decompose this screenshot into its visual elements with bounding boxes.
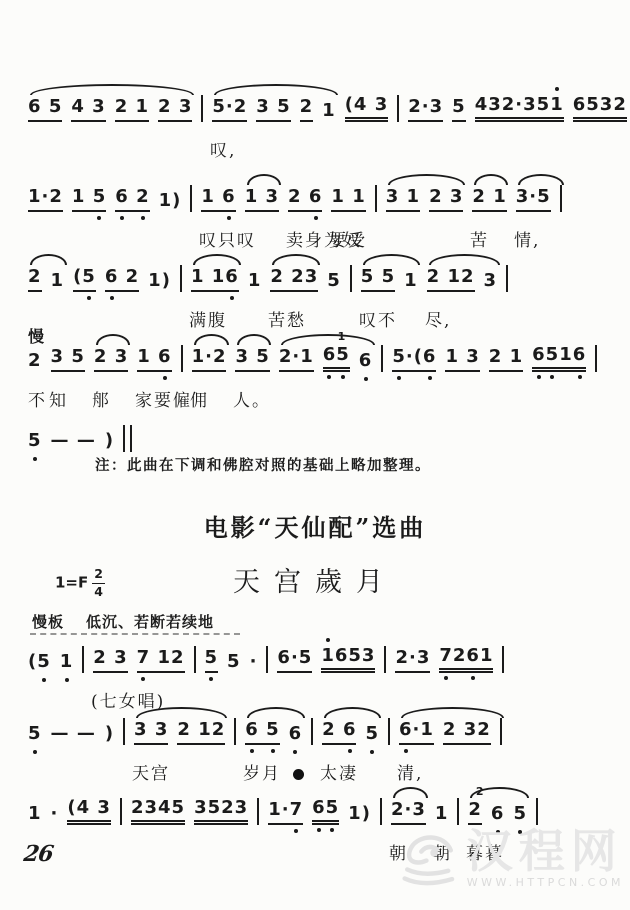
note-token: (4 3 (67, 798, 111, 825)
note-char: 1 (245, 187, 259, 208)
note-token: (5 (28, 652, 51, 673)
note-token: 6516 (532, 345, 586, 372)
note-char (42, 97, 49, 118)
note-char: 6 (28, 97, 42, 118)
note-char: 7 (439, 646, 453, 667)
note-char: 3 (235, 798, 249, 819)
note-char: ( (67, 798, 76, 819)
barline (375, 185, 377, 212)
note-char: 2 (115, 97, 129, 118)
octave-dot-low (33, 457, 37, 461)
octave-dot-low (141, 677, 145, 681)
barline (234, 718, 236, 745)
footnote: 注：此曲在下调和佛腔对照的基础上略加整理。 (95, 454, 431, 475)
note-token: (5 (73, 267, 96, 292)
note-char: 2 (300, 97, 314, 118)
barline (266, 646, 268, 673)
music-system: 6 54 32 12 35·23 521(4 32·35432·3516532叹… (28, 81, 613, 171)
note-char: 7 (137, 648, 151, 669)
note-token: 2 1 (489, 347, 523, 372)
note-char (399, 187, 406, 208)
music-system: 1·21 56 21)1 61 32 61 13 12 32 13·5叹只叹卖身… (28, 171, 613, 251)
note-char: 2 (279, 347, 293, 368)
note-token: 651 (323, 345, 350, 372)
notation-row: 1·(4 3234535231·7651)2·312265 (28, 798, 538, 825)
note-token: 5 (205, 648, 219, 673)
lyric: 情, (514, 226, 540, 251)
note-char: 4 (77, 798, 91, 819)
octave-dot-low (110, 296, 114, 300)
note-char: 2 (28, 351, 42, 372)
lyric: 苦 (470, 226, 489, 251)
meter-numerator: 2 (92, 568, 105, 584)
note-char: 6 (573, 345, 587, 366)
note-char: 2 (177, 720, 191, 741)
slur (388, 174, 465, 185)
note-token: 1·7 (268, 800, 303, 825)
note-token: ) (105, 724, 114, 745)
note-char: 6 (277, 648, 291, 669)
note-char: 1 (321, 646, 335, 667)
note-char (374, 267, 381, 288)
slur (136, 707, 227, 718)
notation-row: 1·21 56 21)1 61 32 61 13 12 32 13·5 (28, 185, 562, 212)
note-char: ) (105, 431, 114, 452)
note-char: 2 (489, 347, 503, 368)
note-char: 2 (391, 800, 405, 821)
note-char: 1 (212, 267, 226, 288)
note-char: 2 (49, 187, 63, 208)
score-song1-continuation: 6 54 32 12 35·23 521(4 32·35432·3516532叹… (28, 81, 613, 461)
note-token: 1 5 (72, 187, 106, 212)
slur (193, 254, 241, 265)
note-char (502, 347, 509, 368)
octave-dot-low (97, 216, 101, 220)
note-token: 3523 (194, 798, 248, 825)
note-char (443, 187, 450, 208)
footnote-text: 注：此曲在下调和佛腔对照的基础上略加整理。 (95, 457, 431, 474)
note-char: 1 (72, 187, 86, 208)
note-char: 3 (412, 800, 426, 821)
note-char: 5 (28, 724, 42, 745)
note-token: 1 (322, 101, 336, 122)
note-char: 6 (466, 646, 480, 667)
note-token: 2 32 (443, 720, 491, 745)
note-char: · (413, 720, 421, 741)
note-char: 3 (92, 97, 106, 118)
note-char: 1 (60, 652, 74, 673)
note-char: 1 (268, 800, 282, 821)
note-token: 1) (159, 191, 182, 212)
octave-dot-low (348, 749, 352, 753)
note-char: 6 (532, 345, 546, 366)
note-char: · (529, 187, 537, 208)
octave-dot-low (293, 750, 297, 754)
watermark: 汉程网 WWW.HTTPCN.COM (397, 826, 624, 890)
octave-dot-low (550, 375, 554, 379)
note-char: 1 (348, 804, 362, 825)
note-token: 3 5 (51, 347, 85, 372)
note-char: 6 (115, 187, 129, 208)
note-char: 2 (291, 267, 305, 288)
lyric: 天宫 (132, 759, 170, 784)
page-number: 26 (22, 841, 54, 867)
note-token: (4 3 (345, 95, 389, 122)
note-char: 6 (491, 804, 505, 825)
note-token: 1) (348, 804, 371, 825)
watermark-logo-icon (397, 826, 461, 890)
note-char: 5 (205, 648, 219, 669)
note-char: · (205, 347, 213, 368)
note-token: 2 12 (427, 267, 475, 292)
lyric: 尽, (425, 306, 451, 331)
notation-row: 5— —) (28, 425, 132, 452)
watermark-site-url: WWW.HTTPCN.COM (467, 876, 624, 889)
lyric: 人。 (233, 386, 271, 411)
lyric: 佣 (190, 386, 209, 411)
note-char (148, 720, 155, 741)
barline (201, 95, 203, 122)
note-char: 7 (290, 800, 304, 821)
note-char: 4 (354, 95, 368, 116)
octave-dot-high (555, 87, 559, 91)
note-token: 1 6 (137, 347, 171, 372)
note-token: 6·5 (277, 648, 312, 673)
note-token: 5 (28, 724, 42, 745)
barline (502, 646, 504, 673)
note-char: 3 (523, 95, 537, 116)
barline (180, 265, 182, 292)
note-char (284, 267, 291, 288)
barline (380, 798, 382, 825)
note-char: 2 (427, 267, 441, 288)
note-char: 3 (115, 347, 129, 368)
octave-dot-low (227, 216, 231, 220)
octave-dot-low (404, 749, 408, 753)
note-char: · (409, 648, 417, 669)
note-char: 2 (477, 720, 491, 741)
note-token: · (250, 652, 258, 673)
note-char: 1 (331, 187, 345, 208)
barline (181, 345, 183, 372)
note-token: 1 (435, 804, 449, 825)
note-token: 6 5 (28, 97, 62, 122)
note-char: 1 (480, 646, 494, 667)
lyric: 太凄 (320, 759, 358, 784)
barline (257, 798, 259, 825)
note-token: 6 (359, 351, 373, 372)
note-char: 3 (375, 95, 389, 116)
note-char: 2 (234, 97, 248, 118)
note-char: ( (28, 652, 37, 673)
lyric: 满腹 (189, 306, 227, 331)
note-token: 2 3 (429, 187, 463, 212)
barline (350, 265, 352, 292)
octave-dot-low (537, 375, 541, 379)
note-token: 3·5 (516, 187, 551, 212)
note-token: 432·351 (475, 95, 564, 122)
note-char: 6 (359, 351, 373, 372)
note-char (336, 720, 343, 741)
octave-dot-low (209, 677, 213, 681)
note-char: 4 (475, 95, 489, 116)
note-char: 1 (28, 187, 42, 208)
note-char (345, 187, 352, 208)
note-token: 4 3 (71, 97, 105, 122)
note-token: 5 5 (361, 267, 395, 292)
note-token: 2·3 (408, 97, 443, 122)
note-char: 2 (270, 267, 284, 288)
note-char: 5 (28, 431, 42, 452)
lyric: 叹不 (359, 306, 397, 331)
watermark-site-name: 汉程网 (467, 828, 624, 874)
note-char: ) (172, 191, 181, 212)
note-token: 5 (452, 97, 466, 122)
note-char: 5 (327, 271, 341, 292)
note-char (191, 720, 198, 741)
octave-dot-low (428, 376, 432, 380)
note-char: 2 (221, 798, 235, 819)
note-char: — (77, 431, 96, 452)
octave-dot-low (397, 376, 401, 380)
note-char: 2 (131, 798, 145, 819)
notation-row: 5— —)3 32 126 562 656·12 32 (28, 718, 502, 745)
note-token: 1 (248, 271, 262, 292)
tempo-marking: 慢板低沉、若断若续地 (32, 611, 214, 632)
watermark-text: 汉程网 WWW.HTTPCN.COM (467, 828, 624, 889)
slur (247, 707, 305, 718)
note-char (459, 347, 466, 368)
lyric: 郍 (92, 386, 111, 411)
note-char: 5 (212, 97, 226, 118)
octave-dot-low (341, 375, 345, 379)
note-char: 5 (452, 97, 466, 118)
note-char: 1 (352, 187, 366, 208)
note-char (456, 720, 463, 741)
note-token: 2·3 (391, 800, 426, 825)
note-token: 1 3 (245, 187, 279, 212)
note-token: 1 3 (445, 347, 479, 372)
note-char: 5 (208, 798, 222, 819)
note-char: 2 (322, 720, 336, 741)
note-char: 6 (399, 720, 413, 741)
note-char: · (404, 800, 412, 821)
note-char: 5 (71, 347, 85, 368)
octave-dot-low (120, 216, 124, 220)
note-char (270, 97, 277, 118)
note-token: — — (51, 724, 96, 745)
note-char: — (77, 724, 96, 745)
note-char: 2 (502, 95, 516, 116)
note-char: 2 (136, 187, 150, 208)
note-char: 6 (312, 798, 326, 819)
note-token: 2 1 (472, 187, 506, 212)
note-char (70, 724, 77, 745)
note-token: 2·3 (395, 648, 430, 673)
note-char: 2 (93, 648, 107, 669)
note-char: 1 (322, 101, 336, 122)
note-char (486, 187, 493, 208)
note-token: 2 12 (177, 720, 225, 745)
barline (194, 646, 196, 673)
note-char: 1 (420, 720, 434, 741)
note-token: 5 (28, 431, 42, 452)
note-char (150, 648, 157, 669)
note-char: · (282, 800, 290, 821)
note-char: 3 (484, 271, 498, 292)
note-char (107, 347, 114, 368)
note-token: 6 5 (245, 720, 279, 745)
note-char: 3 (155, 720, 169, 741)
note-char: 5 (227, 652, 241, 673)
note-token: 2 23 (270, 267, 318, 292)
note-char (249, 347, 256, 368)
note-token: 1 (60, 652, 74, 673)
octave-dot-low (327, 375, 331, 379)
note-char: 3 (430, 97, 444, 118)
barline (388, 718, 390, 745)
note-char: 5 (361, 267, 375, 288)
note-token: 1 (28, 804, 42, 825)
slur (429, 254, 500, 265)
note-char: 1 (407, 187, 421, 208)
note-char: 1 (148, 271, 162, 292)
note-char: 5 (93, 187, 107, 208)
note-char (128, 97, 135, 118)
slur (474, 174, 508, 185)
lyric: 家要僱 (135, 386, 192, 411)
note-token: 3 1 (386, 187, 420, 212)
note-char: ) (162, 271, 171, 292)
slur (393, 787, 428, 798)
note-char: 1 (550, 95, 564, 116)
note-char: 3 (466, 347, 480, 368)
note-char: 3 (114, 648, 128, 669)
note-char: 5 (348, 646, 362, 667)
note-char: 1 (201, 187, 215, 208)
note-char: 5 (326, 798, 340, 819)
slur (30, 84, 194, 95)
note-char: 3 (134, 720, 148, 741)
note-char: 1 (28, 804, 42, 825)
note-char: 6 (323, 345, 337, 366)
ink-blot (293, 769, 304, 780)
octave-dot-low (294, 829, 298, 833)
note-char: 3 (235, 347, 249, 368)
note-token: 2 3 (94, 347, 128, 372)
barline (506, 265, 508, 292)
octave-dot-low (578, 375, 582, 379)
note-char: 6 (335, 646, 349, 667)
octave-dot-low (444, 676, 448, 680)
note-char (204, 267, 211, 288)
note-char: 3 (417, 648, 431, 669)
octave-dot-low (163, 376, 167, 380)
note-token: 1 (404, 271, 418, 292)
note-char: 1 (447, 267, 461, 288)
octave-dot-low (330, 828, 334, 832)
slur (363, 254, 420, 265)
note-char (118, 267, 125, 288)
note-char: · (42, 187, 50, 208)
note-token: 5 (327, 271, 341, 292)
note-token: 1) (148, 271, 171, 292)
octave-dot-low (230, 296, 234, 300)
barline (384, 646, 386, 673)
note-char (64, 347, 71, 368)
note-char: 5 (382, 267, 396, 288)
note-token: 2·1 (279, 347, 314, 372)
octave-dot-low (314, 216, 318, 220)
note-token: 2 6 (288, 187, 322, 212)
octave-dot-low (141, 216, 145, 220)
note-char: 1 (191, 267, 205, 288)
note-char: 1 (510, 347, 524, 368)
note-char: 1 (136, 97, 150, 118)
slur (281, 334, 375, 345)
note-char (302, 187, 309, 208)
note-char: 6 (222, 187, 236, 208)
note-char (85, 187, 92, 208)
note-char: 2 (158, 97, 172, 118)
note-char: 2 (126, 267, 140, 288)
note-token: 2 1 (115, 97, 149, 122)
note-char: · (406, 347, 414, 368)
note-char: 5 (277, 97, 291, 118)
note-char: 3 (194, 798, 208, 819)
note-token: 1·2 (28, 187, 63, 212)
note-char: 1 (51, 271, 65, 292)
note-char: 3 (488, 95, 502, 116)
slur (214, 84, 338, 95)
note-char (367, 95, 374, 116)
note-char: ( (414, 347, 423, 368)
final-barline (123, 425, 132, 452)
note-token: 5 (365, 724, 379, 745)
note-token: 5·(6 (392, 347, 436, 372)
notation-row: 6 54 32 12 35·23 521(4 32·35432·3516532 (28, 95, 630, 122)
note-char: — (51, 724, 70, 745)
note-token: 6 2 (105, 267, 139, 292)
note-char: 2 (613, 95, 627, 116)
note-token: · (51, 804, 59, 825)
note-char: · (250, 652, 258, 673)
slur (194, 334, 229, 345)
note-char: ) (105, 724, 114, 745)
note-char (259, 720, 266, 741)
note-char: 3 (386, 187, 400, 208)
expression-label: 低沉、若断若续地 (86, 613, 214, 631)
note-token: 1 16 (191, 267, 239, 292)
note-token: 6·1 (399, 720, 434, 745)
note-char: · (515, 95, 523, 116)
key-signature: 1=F24 (55, 568, 105, 598)
note-char: 3 (266, 187, 280, 208)
octave-dot-low (42, 678, 46, 682)
note-char: · (422, 97, 430, 118)
slur (96, 334, 130, 345)
note-char: 5 (49, 97, 63, 118)
note-char: 5 (256, 347, 270, 368)
octave-dot-low (33, 750, 37, 754)
note-char: 5 (537, 187, 551, 208)
note-char: 2 (28, 267, 42, 288)
note-token: 65 (312, 798, 339, 825)
note-char: 2 (212, 720, 226, 741)
note-char: 2 (171, 648, 185, 669)
note-char: 2 (395, 648, 409, 669)
note-char: 5 (82, 267, 96, 288)
